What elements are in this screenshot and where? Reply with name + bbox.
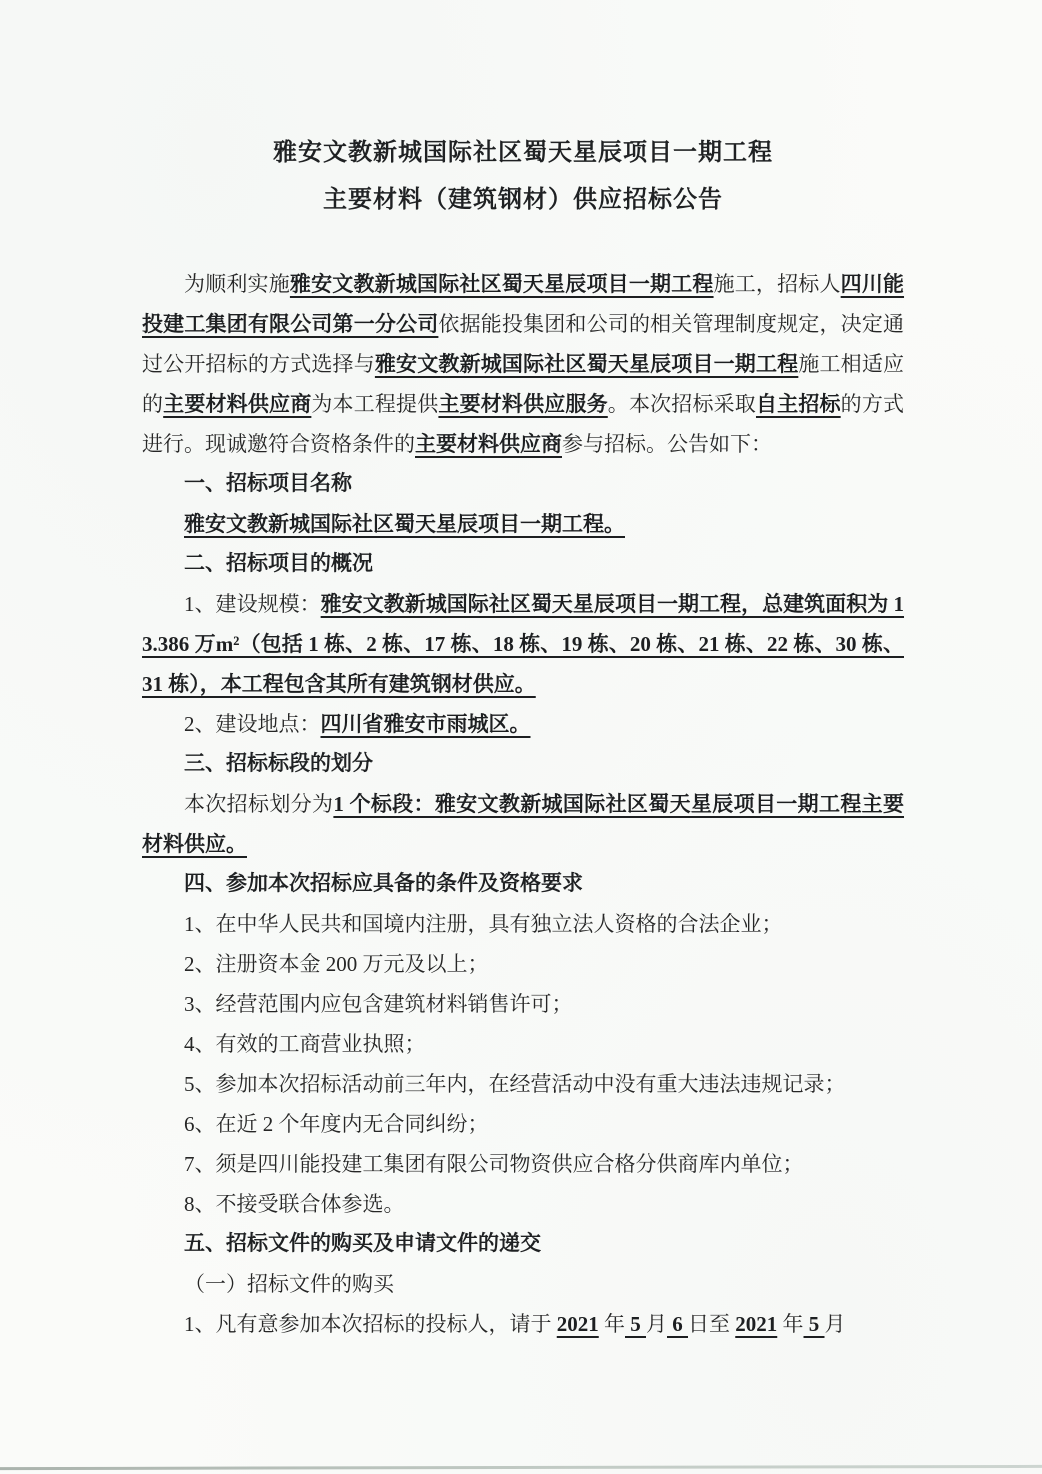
paragraph: 本次招标划分为1 个标段：雅安文教新城国际社区蜀天星辰项目一期工程主要材料供应。 — [142, 784, 904, 864]
document-content: 雅安文教新城国际社区蜀天星辰项目一期工程 主要材料（建筑钢材）供应招标公告 为顺… — [142, 129, 904, 1344]
text-run: 月 — [825, 1312, 846, 1336]
text-run: 8、不接受联合体参选。 — [184, 1192, 405, 1216]
text-run: 主要材料供应服务 — [438, 392, 607, 416]
text-run: 主要材料供应商 — [163, 392, 311, 416]
text-run: 日至 — [688, 1312, 735, 1336]
text-run: 5、参加本次招标活动前三年内，在经营活动中没有重大违法违规记录； — [184, 1072, 846, 1096]
paragraph: 8、不接受联合体参选。 — [142, 1184, 904, 1224]
section-heading: 三、招标标段的划分 — [142, 744, 904, 784]
paragraph: 1、建设规模：雅安文教新城国际社区蜀天星辰项目一期工程，总建筑面积为 13.38… — [142, 584, 904, 704]
scanned-document-page: 雅安文教新城国际社区蜀天星辰项目一期工程 主要材料（建筑钢材）供应招标公告 为顺… — [0, 0, 1042, 1474]
text-run: 主要材料供应商 — [415, 432, 562, 456]
text-run: 五、招标文件的购买及申请文件的递交 — [184, 1232, 541, 1255]
text-run: 为本工程提供 — [311, 392, 438, 416]
text-run: 2、注册资本金 200 万元及以上； — [184, 952, 489, 976]
paragraph: （一）招标文件的购买 — [142, 1264, 904, 1304]
text-run: 4、有效的工商营业执照； — [184, 1032, 426, 1056]
text-run: 3、经营范围内应包含建筑材料销售许可； — [184, 992, 573, 1016]
text-run: 7、须是四川能投建工集团有限公司物资供应合格分供商库内单位； — [184, 1152, 804, 1176]
text-run: 一、招标项目名称 — [184, 472, 352, 495]
document-body: 为顺利实施雅安文教新城国际社区蜀天星辰项目一期工程施工，招标人四川能投建工集团有… — [142, 264, 904, 1344]
text-run: 雅安文教新城国际社区蜀天星辰项目一期工程 — [375, 352, 798, 376]
paragraph: 7、须是四川能投建工集团有限公司物资供应合格分供商库内单位； — [142, 1144, 904, 1184]
text-run: 6、在近 2 个年度内无合同纠纷； — [184, 1112, 489, 1136]
text-run: 2021 — [735, 1312, 777, 1336]
section-heading: 四、参加本次招标应具备的条件及资格要求 — [142, 864, 904, 904]
text-run: 年 — [599, 1312, 625, 1336]
text-run: 1、在中华人民共和国境内注册，具有独立法人资格的合法企业； — [184, 912, 783, 936]
text-run: 本次招标划分为 — [184, 792, 333, 816]
text-run: 参与招标。公告如下： — [562, 432, 772, 456]
text-run: 。本次招标采取 — [608, 392, 756, 416]
paragraph: 为顺利实施雅安文教新城国际社区蜀天星辰项目一期工程施工，招标人四川能投建工集团有… — [142, 264, 904, 464]
text-run: 6 — [667, 1312, 688, 1336]
paragraph: 2、建设地点：四川省雅安市雨城区。 — [142, 704, 904, 744]
text-run: 2021 — [557, 1312, 599, 1336]
text-run: 施工，招标人 — [714, 272, 841, 296]
text-run: 5 — [625, 1312, 646, 1336]
text-run: 月 — [646, 1312, 667, 1336]
paragraph: 5、参加本次招标活动前三年内，在经营活动中没有重大违法违规记录； — [142, 1064, 904, 1104]
text-run: 年 — [777, 1312, 803, 1336]
document-title-line2: 主要材料（建筑钢材）供应招标公告 — [142, 176, 904, 223]
text-run: 二、招标项目的概况 — [184, 552, 373, 575]
paragraph: 4、有效的工商营业执照； — [142, 1024, 904, 1064]
paragraph: 1、在中华人民共和国境内注册，具有独立法人资格的合法企业； — [142, 904, 904, 944]
text-run: 四川省雅安市雨城区。 — [321, 712, 531, 736]
document-title: 雅安文教新城国际社区蜀天星辰项目一期工程 主要材料（建筑钢材）供应招标公告 — [142, 129, 904, 223]
text-run: 雅安文教新城国际社区蜀天星辰项目一期工程。 — [184, 512, 625, 536]
text-run: 为顺利实施 — [184, 272, 290, 296]
text-run: 5 — [804, 1312, 825, 1336]
text-run: 自主招标 — [756, 392, 841, 416]
paragraph: 2、注册资本金 200 万元及以上； — [142, 944, 904, 984]
paragraph: 雅安文教新城国际社区蜀天星辰项目一期工程。 — [142, 504, 904, 544]
text-run: 1、凡有意参加本次招标的投标人，请于 — [184, 1312, 557, 1336]
text-run: 雅安文教新城国际社区蜀天星辰项目一期工程 — [290, 272, 714, 296]
text-run: 四、参加本次招标应具备的条件及资格要求 — [184, 872, 583, 895]
text-run: 1、建设规模： — [184, 592, 321, 616]
page-bottom-scan-edge — [0, 1465, 1042, 1470]
paragraph: 6、在近 2 个年度内无合同纠纷； — [142, 1104, 904, 1144]
text-run: （一）招标文件的购买 — [184, 1272, 394, 1296]
section-heading: 二、招标项目的概况 — [142, 544, 904, 584]
document-title-line1: 雅安文教新城国际社区蜀天星辰项目一期工程 — [142, 129, 904, 176]
text-run: 2、建设地点： — [184, 712, 321, 736]
paragraph: 3、经营范围内应包含建筑材料销售许可； — [142, 984, 904, 1024]
section-heading: 一、招标项目名称 — [142, 464, 904, 504]
section-heading: 五、招标文件的购买及申请文件的递交 — [142, 1224, 904, 1264]
paragraph: 1、凡有意参加本次招标的投标人，请于 2021 年 5 月 6 日至 2021 … — [142, 1304, 904, 1344]
text-run: 三、招标标段的划分 — [184, 752, 373, 775]
